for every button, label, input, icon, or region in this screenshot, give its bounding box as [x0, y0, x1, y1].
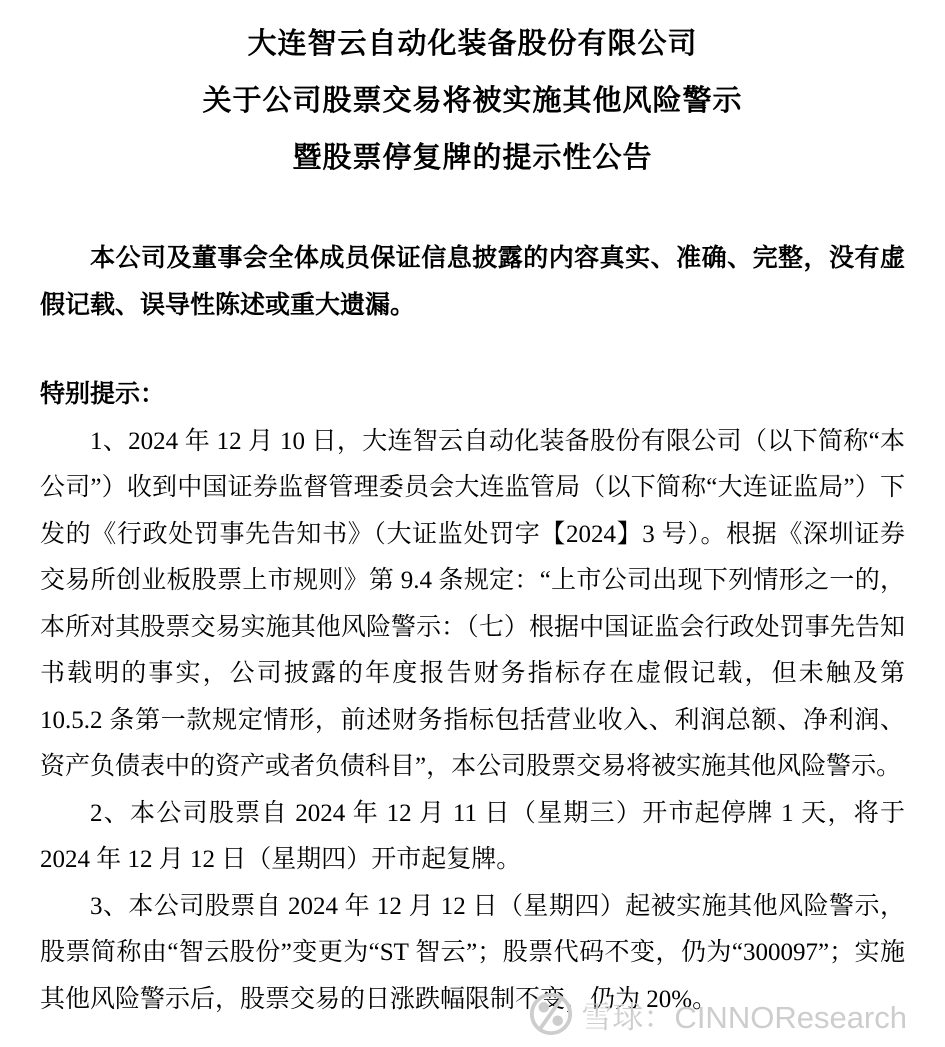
xueqiu-snowball-logo-icon: [528, 991, 574, 1037]
paragraph-trading-halt: 2、本公司股票自 2024 年 12 月 11 日（星期三）开市起停牌 1 天，…: [40, 791, 905, 884]
title-line-subject: 关于公司股票交易将被实施其他风险警示: [40, 73, 905, 130]
document-content: 大连智云自动化装备股份有限公司 关于公司股票交易将被实施其他风险警示 暨股票停复…: [0, 0, 945, 1023]
special-notice-heading: 特别提示：: [40, 372, 905, 419]
title-line-company: 大连智云自动化装备股份有限公司: [40, 16, 905, 73]
watermark-text: 雪球：CINNOResearch: [581, 992, 907, 1037]
announcement-document: 大连智云自动化装备股份有限公司 关于公司股票交易将被实施其他风险警示 暨股票停复…: [0, 0, 945, 1047]
title-line-notice-type: 暨股票停复牌的提示性公告: [40, 130, 905, 187]
paragraph-penalty-notice: 1、2024 年 12 月 10 日，大连智云自动化装备股份有限公司（以下简称“…: [40, 419, 905, 791]
page-title: 大连智云自动化装备股份有限公司 关于公司股票交易将被实施其他风险警示 暨股票停复…: [40, 16, 905, 187]
watermark: 雪球：CINNOResearch: [528, 991, 907, 1037]
board-disclaimer-statement: 本公司及董事会全体成员保证信息披露的内容真实、准确、完整，没有虚假记载、误导性陈…: [40, 236, 905, 329]
